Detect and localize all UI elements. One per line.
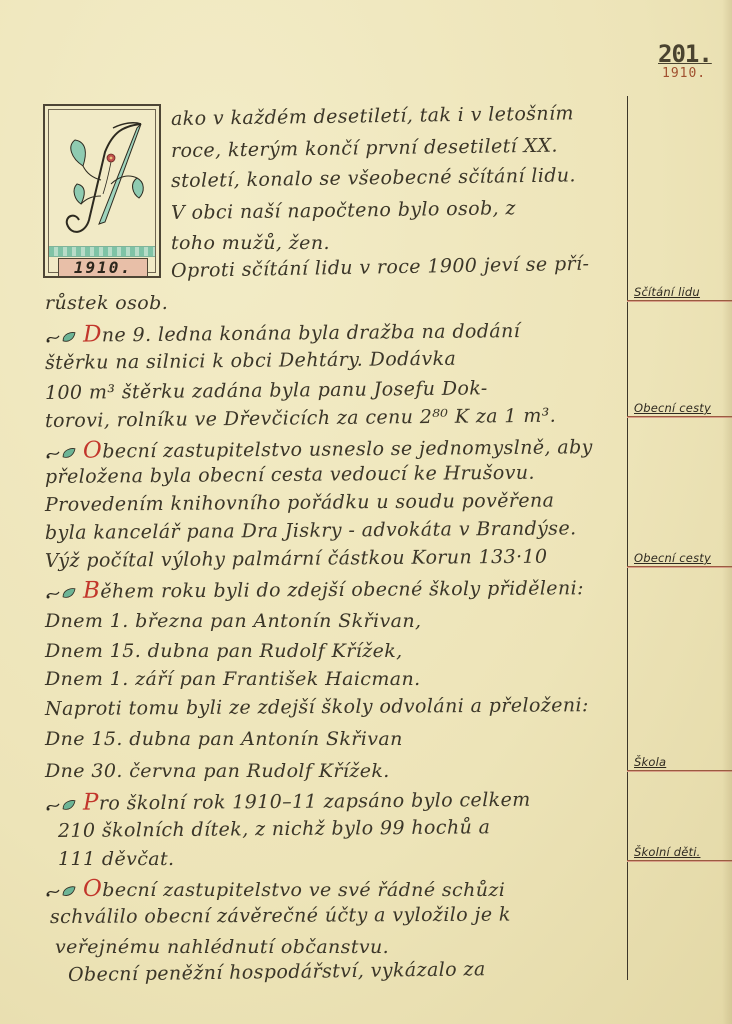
line-text: becní zastupitelstvo ve své řádné schůzi bbox=[102, 879, 505, 901]
manuscript-page: 201. 1910. 1910. ako v každém desetiletí… bbox=[0, 0, 732, 1024]
text-line: Dne 30. června pan Rudolf Křížek. bbox=[45, 760, 390, 782]
text-line: 111 děvčat. bbox=[58, 848, 175, 870]
initial-letter-j-icon bbox=[53, 112, 153, 240]
line-text: toho mužů, žen. bbox=[171, 232, 330, 254]
page-edge-shadow bbox=[722, 0, 732, 1024]
initial-year-plate: 1910. bbox=[58, 258, 148, 277]
line-text: 210 školních dítek, z nichž bylo 99 hoch… bbox=[58, 816, 491, 842]
text-line: Provedením knihovního pořádku u soudu po… bbox=[45, 490, 554, 516]
paragraph-start: Dne 9. ledna konána byla dražba na dodán… bbox=[45, 317, 520, 348]
leaf-bullet-icon bbox=[45, 446, 77, 460]
text-line: Dnem 1. září pan František Haicman. bbox=[45, 668, 421, 690]
ornament-strip bbox=[49, 246, 155, 257]
line-text: ne 9. ledna konána byla dražba na dodání bbox=[102, 320, 521, 346]
line-text: Dne 30. června pan Rudolf Křížek. bbox=[45, 760, 390, 782]
text-line: 210 školních dítek, z nichž bylo 99 hoch… bbox=[58, 816, 491, 842]
line-text: V obci naší napočteno bylo osob, z bbox=[171, 197, 516, 224]
text-line: V obci naší napočteno bylo osob, z bbox=[171, 197, 516, 224]
margin-note-school-children: Školní děti. bbox=[627, 842, 732, 861]
red-initial: O bbox=[83, 876, 102, 902]
text-line: přeložena byla obecní cesta vedoucí ke H… bbox=[45, 462, 535, 488]
line-text: Výž počítal výlohy palmární částkou Koru… bbox=[45, 546, 548, 572]
line-text: ěhem roku byli do zdejší obecné školy př… bbox=[100, 577, 584, 602]
margin-note-label: Obecní cesty bbox=[634, 551, 711, 565]
line-text: Obecní peněžní hospodářství, vykázalo za bbox=[68, 958, 486, 986]
illuminated-initial: 1910. bbox=[43, 104, 161, 278]
text-line: toho mužů, žen. bbox=[171, 232, 330, 254]
line-text: 100 m³ štěrku zadána byla panu Josefu Do… bbox=[45, 377, 488, 404]
line-text: růstek osob. bbox=[45, 292, 168, 314]
margin-note-census: Sčítání lidu bbox=[627, 282, 732, 301]
text-line: růstek osob. bbox=[45, 292, 168, 314]
line-text: Naproti tomu byli ze zdejší školy odvolá… bbox=[45, 694, 589, 720]
text-line: schválilo obecní závěrečné účty a vyloži… bbox=[50, 904, 511, 928]
margin-note-label: Sčítání lidu bbox=[634, 285, 700, 299]
text-line: štěrku na silnici k obci Dehtáry. Dodávk… bbox=[45, 348, 456, 374]
line-text: ro školní rok 1910–11 zapsáno bylo celke… bbox=[99, 789, 531, 815]
text-line: Dne 15. dubna pan Antonín Skřivan bbox=[45, 728, 403, 750]
margin-note-label: Školní děti. bbox=[634, 845, 700, 859]
line-text: Dnem 15. dubna pan Rudolf Křížek, bbox=[45, 640, 403, 662]
text-line: Výž počítal výlohy palmární částkou Koru… bbox=[45, 546, 548, 572]
paragraph-start: Během roku byli do zdejší obecné školy p… bbox=[45, 574, 584, 604]
text-line: století, konalo se všeobecné sčítání lid… bbox=[171, 164, 576, 192]
text-line: Naproti tomu byli ze zdejší školy odvolá… bbox=[45, 694, 589, 720]
line-text: veřejnému nahlédnutí občanstvu. bbox=[55, 936, 389, 958]
margin-note-label: Obecní cesty bbox=[634, 401, 711, 415]
text-line: Dnem 1. března pan Antonín Skřivan, bbox=[45, 610, 421, 632]
line-text: Dne 15. dubna pan Antonín Skřivan bbox=[45, 728, 403, 750]
margin-note-roads-2: Obecní cesty bbox=[627, 548, 732, 567]
red-initial: P bbox=[83, 790, 99, 816]
page-year: 1910. bbox=[662, 66, 706, 81]
page-number: 201. bbox=[658, 40, 712, 68]
red-initial: D bbox=[83, 321, 102, 347]
text-line: byla kancelář pana Dra Jiskry - advokáta… bbox=[45, 517, 577, 544]
line-text: století, konalo se všeobecné sčítání lid… bbox=[171, 164, 576, 192]
text-line: Obecní peněžní hospodářství, vykázalo za bbox=[68, 958, 486, 986]
text-line: veřejnému nahlédnutí občanstvu. bbox=[55, 936, 389, 958]
paragraph-start: Obecní zastupitelstvo usneslo se jednomy… bbox=[45, 433, 593, 464]
text-line: torovi, rolníku ve Dřevčicích za cenu 2⁸… bbox=[45, 405, 556, 432]
line-text: torovi, rolníku ve Dřevčicích za cenu 2⁸… bbox=[45, 405, 556, 432]
line-text: Provedením knihovního pořádku u soudu po… bbox=[45, 490, 554, 516]
margin-note-label: Škola bbox=[634, 755, 666, 769]
text-line: 100 m³ štěrku zadána byla panu Josefu Do… bbox=[45, 377, 488, 404]
text-line: roce, kterým končí první desetiletí XX. bbox=[171, 135, 558, 162]
red-initial: O bbox=[83, 438, 102, 464]
text-line: Dnem 15. dubna pan Rudolf Křížek, bbox=[45, 640, 403, 662]
red-initial: B bbox=[83, 578, 100, 604]
leaf-bullet-icon bbox=[45, 586, 77, 600]
margin-note-school: Škola bbox=[627, 752, 732, 771]
line-text: Dnem 1. září pan František Haicman. bbox=[45, 668, 421, 690]
line-text: přeložena byla obecní cesta vedoucí ke H… bbox=[45, 462, 535, 488]
line-text: Dnem 1. března pan Antonín Skřivan, bbox=[45, 610, 421, 632]
line-text: becní zastupitelstvo usneslo se jednomys… bbox=[102, 436, 593, 462]
leaf-bullet-icon bbox=[45, 884, 77, 898]
paragraph-start: Pro školní rok 1910–11 zapsáno bylo celk… bbox=[45, 786, 531, 816]
margin-note-roads: Obecní cesty bbox=[627, 398, 732, 417]
line-text: roce, kterým končí první desetiletí XX. bbox=[171, 135, 558, 162]
paragraph-start: Obecní zastupitelstvo ve své řádné schůz… bbox=[45, 876, 505, 902]
text-line: Oproti sčítání lidu v roce 1900 jeví se … bbox=[171, 253, 590, 282]
line-text: schválilo obecní závěrečné účty a vyloži… bbox=[50, 904, 511, 928]
line-text: ako v každém desetiletí, tak i v letošní… bbox=[171, 102, 574, 130]
text-line: ako v každém desetiletí, tak i v letošní… bbox=[171, 102, 574, 130]
leaf-bullet-icon bbox=[45, 330, 77, 344]
line-text: 111 děvčat. bbox=[58, 848, 175, 870]
leaf-bullet-icon bbox=[45, 798, 77, 812]
line-text: byla kancelář pana Dra Jiskry - advokáta… bbox=[45, 517, 577, 544]
line-text: Oproti sčítání lidu v roce 1900 jeví se … bbox=[171, 253, 590, 282]
line-text: štěrku na silnici k obci Dehtáry. Dodávk… bbox=[45, 348, 456, 374]
